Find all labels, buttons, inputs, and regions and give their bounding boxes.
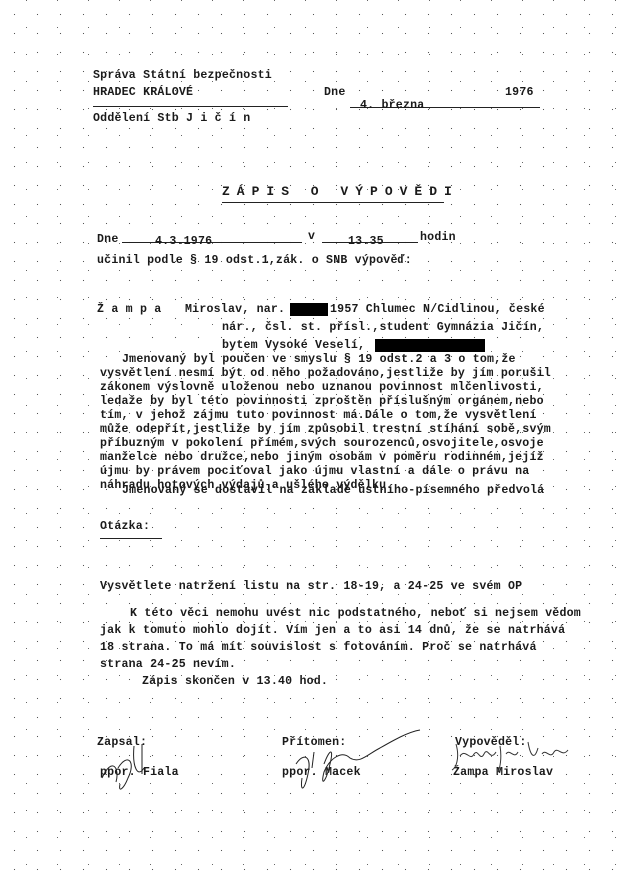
intro-legal-basis: učinil podle § 19 odst.1,zák. o SNB výpo… (97, 254, 412, 268)
witness-birthplace: 1957 Chlumec N/Cidlinou, české (330, 303, 545, 317)
paragraph-line: může odepřít,jestliže by jím způsobil tr… (100, 423, 551, 437)
paragraph-line: tím, v jehož zájmu tuto povinnost má.Dál… (100, 409, 537, 423)
header-date-day-month: 4. března (360, 99, 424, 113)
paragraph-line: vysvětlení nesmí být od něho požadováno,… (100, 367, 551, 381)
witness-nationality: nár., čsl. st. přísl.,student Gymnázia J… (222, 321, 544, 335)
paragraph-line: Jmenovaný byl poučen ve smyslu § 19 odst… (122, 353, 516, 367)
paragraph-line: ledaže by byl této povinnosti zproštěn p… (100, 395, 544, 409)
paragraph-line: újmu by právem pociťoval jako újmu vlast… (100, 465, 529, 479)
question-label: Otázka: (100, 520, 150, 534)
answer-line: jak k tomuto mohlo dojít. Vím jen a to a… (100, 624, 565, 638)
redaction-birthdate (290, 303, 328, 316)
header-date-label: Dne (324, 86, 345, 100)
org-name: Správa Státní bezpečnosti (93, 69, 272, 83)
intro-time-prefix: v (308, 230, 315, 244)
intro-date-value: 4.3.1976 (155, 235, 212, 249)
answer-line: strana 24-25 nevím. (100, 658, 236, 672)
witness-surname: Ž a m p a (97, 303, 161, 317)
summons-line: Jmenovaný se dostavil na základě ústního… (122, 484, 544, 498)
document-page: Správa Státní bezpečnosti HRADEC KRÁLOVÉ… (0, 0, 622, 886)
redaction-address (375, 339, 485, 352)
intro-time-value: 13.35 (348, 235, 384, 249)
witness-residence: bytem Vysoké Veselí, (222, 339, 365, 353)
org-department: Oddělení Stb J i č í n (93, 112, 250, 126)
paragraph-line: příbuzným v pokolení přímém,svých souroz… (100, 437, 544, 451)
question-label-underline (100, 538, 162, 539)
header-date-year: 1976 (505, 86, 534, 100)
paragraph-line: manželce nebo družce,nebo jiným osobám v… (100, 451, 544, 465)
handwritten-signature-recorder (98, 738, 158, 798)
witness-name-birth: Miroslav, nar. (185, 303, 285, 317)
org-city: HRADEC KRÁLOVÉ (93, 86, 193, 100)
handwritten-signature-present (290, 728, 430, 798)
closing-line: Zápis skončen v 13.40 hod. (142, 675, 328, 689)
intro-time-suffix: hodin (420, 231, 456, 245)
intro-date-label: Dne (97, 233, 118, 247)
question-text: Vysvětlete natržení listu na str. 18-19,… (100, 580, 522, 594)
header-underline (93, 106, 288, 107)
document-title: ZÁPIS O VÝPOVĚDI (222, 185, 459, 199)
title-underline (222, 202, 444, 203)
answer-line: 18 strana. To má mít souvislost s fotová… (100, 641, 537, 655)
paragraph-line: zákonem výslovně uloženou nebo uznanou p… (100, 381, 544, 395)
handwritten-signature-witness (450, 738, 575, 778)
answer-line: K této věci nemohu uvést nic podstatného… (130, 607, 581, 621)
